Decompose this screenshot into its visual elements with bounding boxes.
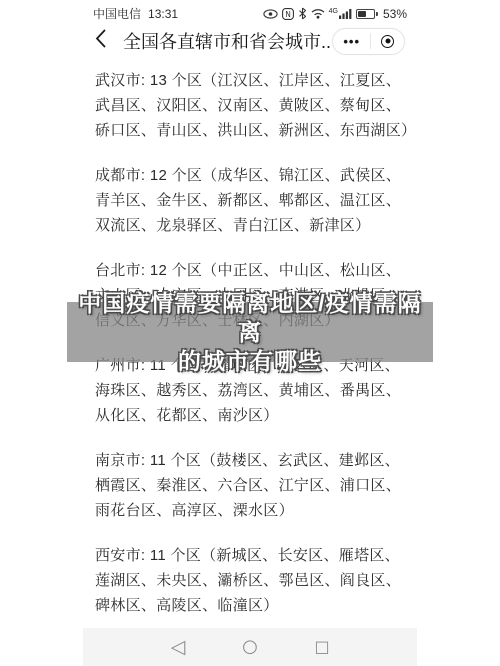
city-line: 雨花台区、高淳区、溧水区） [95,498,405,523]
svg-text:N: N [285,9,291,18]
status-bar: 中国电信 13:31 N 4G 53% [83,0,417,22]
city-line: 莲湖区、未央区、灞桥区、鄠邑区、阎良区、 [95,568,405,593]
city-line: 西安市: 11 个区（新城区、长安区、雁塔区、 [95,543,405,568]
eye-icon [263,9,278,19]
caption-line: 中国疫情需要隔离地区/疫情需隔离 [67,289,433,347]
clock: 13:31 [148,7,178,21]
carrier-label: 中国电信 [93,5,141,22]
nfc-icon: N [282,8,294,20]
city-line: 硚口区、青山区、洪山区、新洲区、东西湖区） [95,118,405,143]
more-button[interactable]: ••• [333,29,370,54]
nav-recents-icon[interactable]: □ [311,639,333,655]
city-line: 台北市: 12 个区（中正区、中山区、松山区、 [95,258,405,283]
capsule-menu: ••• [332,28,405,55]
circle-dot-icon [381,35,394,48]
nav-back-icon[interactable]: ◁ [167,638,189,657]
caption-line: 的城市有哪些 [178,347,322,376]
city-line: 武汉市: 13 个区（江汉区、江岸区、江夏区、 [95,68,405,93]
city-line: 双流区、龙泉驿区、青白江区、新津区） [95,213,405,238]
city-line: 碑林区、高陵区、临潼区） [95,593,405,618]
exit-button[interactable] [371,35,404,48]
caption-overlay: 中国疫情需要隔离地区/疫情需隔离 的城市有哪些 [67,302,433,362]
city-line: 海珠区、越秀区、荔湾区、黄埔区、番禺区、 [95,378,405,403]
city-block-wuhan: 武汉市: 13 个区（江汉区、江岸区、江夏区、 武昌区、汉阳区、汉南区、黄陂区、… [95,68,405,143]
city-line: 武昌区、汉阳区、汉南区、黄陂区、蔡甸区、 [95,93,405,118]
chevron-left-icon [95,29,106,53]
bluetooth-icon [298,7,307,20]
wifi-icon [311,8,325,19]
battery-icon [356,9,378,19]
city-block-chengdu: 成都市: 12 个区（成华区、锦江区、武侯区、 青羊区、金牛区、新都区、郫都区、… [95,163,405,238]
city-line: 成都市: 12 个区（成华区、锦江区、武侯区、 [95,163,405,188]
city-line: 青羊区、金牛区、新都区、郫都区、温江区、 [95,188,405,213]
nav-bar: 全国各直辖市和省会城市... ••• [83,22,417,58]
battery-percent-label: 53% [383,7,407,21]
network-type-label: 4G [329,8,338,15]
android-nav-bar: ◁ ○ □ [83,628,417,666]
page-title: 全国各直辖市和省会城市... [123,28,332,54]
signal-icon: 4G [329,8,352,19]
back-button[interactable] [95,30,113,52]
city-line: 从化区、花都区、南沙区） [95,403,405,428]
city-block-xian: 西安市: 11 个区（新城区、长安区、雁塔区、 莲湖区、未央区、灞桥区、鄠邑区、… [95,543,405,618]
city-block-nanjing: 南京市: 11 个区（鼓楼区、玄武区、建邺区、 栖霞区、秦淮区、六合区、江宁区、… [95,448,405,523]
city-line: 南京市: 11 个区（鼓楼区、玄武区、建邺区、 [95,448,405,473]
nav-home-icon[interactable]: ○ [239,638,261,656]
city-line: 栖霞区、秦淮区、六合区、江宁区、浦口区、 [95,473,405,498]
